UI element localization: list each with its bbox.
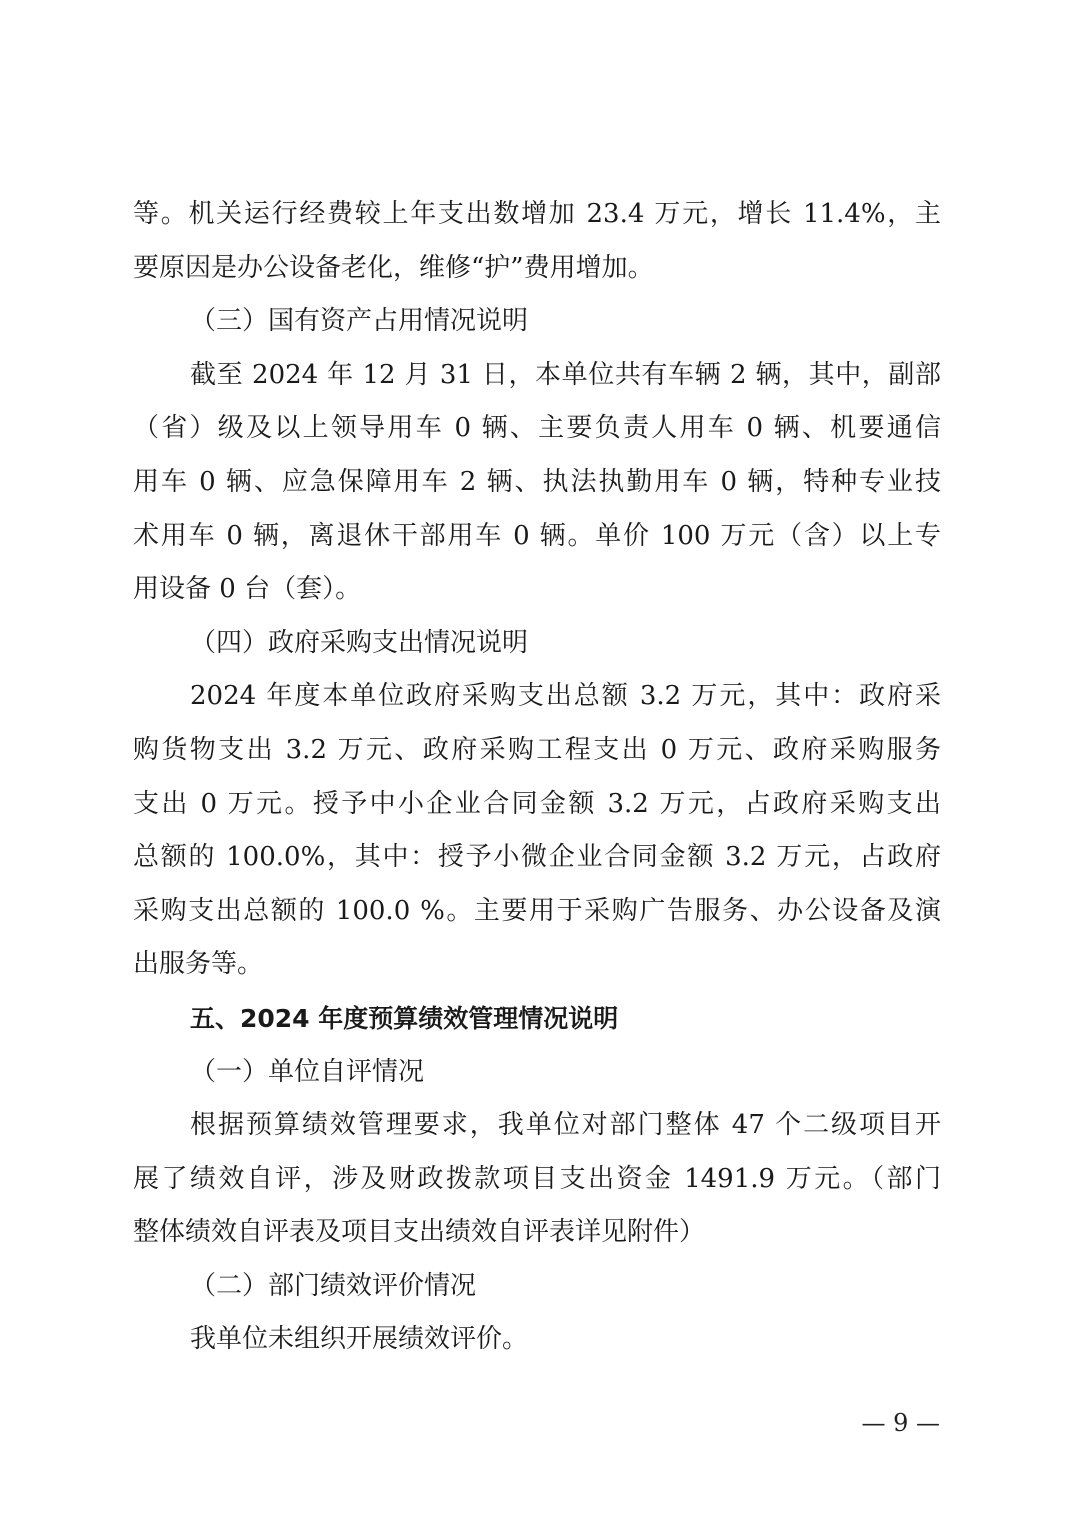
paragraph-line: 出服务等。 [133, 938, 941, 992]
paragraph-line: 购货物支出 3.2 万元、政府采购工程支出 0 万元、政府采购服务 [133, 724, 941, 778]
section-subheading: （二）部门绩效评价情况 [133, 1260, 941, 1314]
paragraph-line: 用设备 0 台（套）。 [133, 563, 941, 617]
paragraph-line: 要原因是办公设备老化，维修“护”费用增加。 [133, 242, 941, 296]
page-number: — 9 — [860, 1405, 940, 1441]
paragraph-line: 总额的 100.0%，其中：授予小微企业合同金额 3.2 万元，占政府 [133, 831, 941, 885]
paragraph-line: 展了绩效自评，涉及财政拨款项目支出资金 1491.9 万元。（部门 [133, 1153, 941, 1207]
paragraph-line: 截至 2024 年 12 月 31 日，本单位共有车辆 2 辆，其中，副部 [133, 349, 941, 403]
paragraph-line: 我单位未组织开展绩效评价。 [133, 1313, 941, 1367]
paragraph-line: 整体绩效自评表及项目支出绩效自评表详见附件） [133, 1206, 941, 1260]
paragraph-line: 等。机关运行经费较上年支出数增加 23.4 万元，增长 11.4%，主 [133, 188, 941, 242]
section-heading: 五、2024 年度预算绩效管理情况说明 [133, 992, 941, 1046]
section-subheading: （一）单位自评情况 [133, 1046, 941, 1100]
paragraph-line: 采购支出总额的 100.0 %。主要用于采购广告服务、办公设备及演 [133, 885, 941, 939]
paragraph-line: 术用车 0 辆，离退休干部用车 0 辆。单价 100 万元（含）以上专 [133, 510, 941, 564]
paragraph-line: 支出 0 万元。授予中小企业合同金额 3.2 万元，占政府采购支出 [133, 778, 941, 832]
paragraph-line: 根据预算绩效管理要求，我单位对部门整体 47 个二级项目开 [133, 1099, 941, 1153]
document-page: 等。机关运行经费较上年支出数增加 23.4 万元，增长 11.4%，主 要原因是… [133, 188, 941, 1367]
paragraph-line: 2024 年度本单位政府采购支出总额 3.2 万元，其中：政府采 [133, 670, 941, 724]
section-subheading: （四）政府采购支出情况说明 [133, 617, 941, 671]
paragraph-line: 用车 0 辆、应急保障用车 2 辆、执法执勤用车 0 辆，特种专业技 [133, 456, 941, 510]
section-subheading: （三）国有资产占用情况说明 [133, 295, 941, 349]
paragraph-line: （省）级及以上领导用车 0 辆、主要负责人用车 0 辆、机要通信 [133, 402, 941, 456]
